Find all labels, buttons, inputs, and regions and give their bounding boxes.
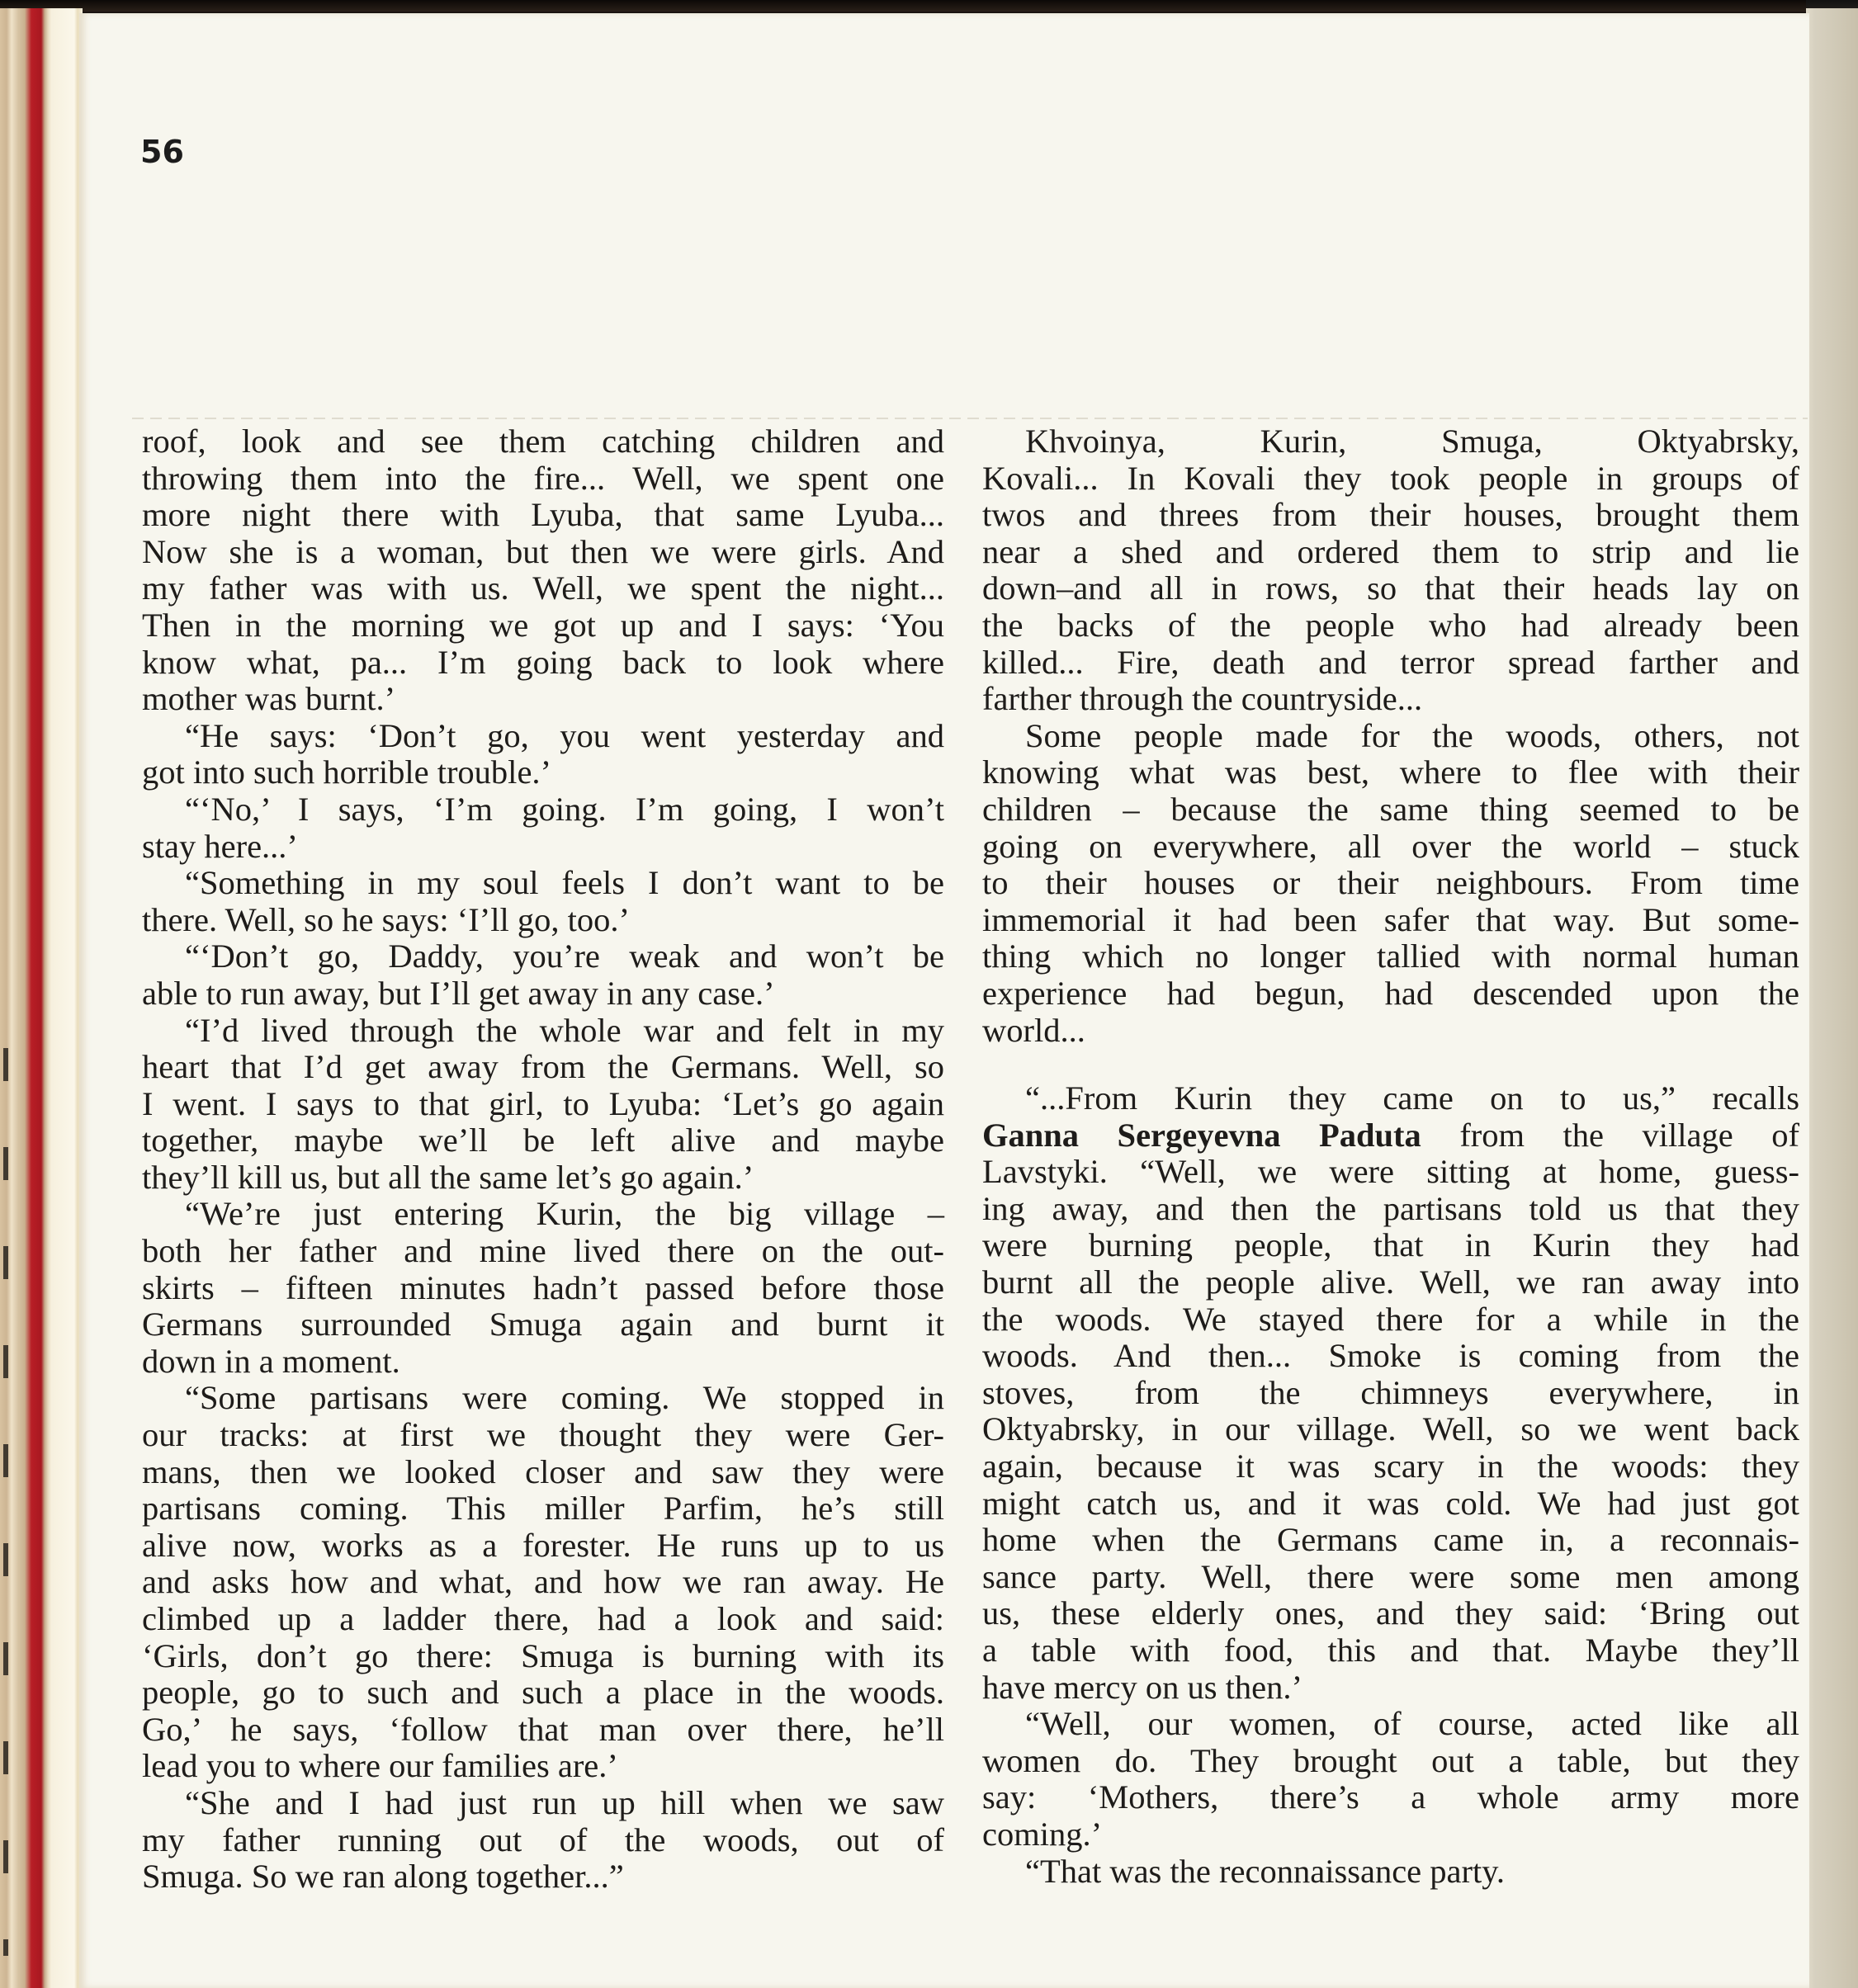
line-text: there. Well, so he says: ‘I’ll go, too.’ <box>142 901 630 938</box>
text-line: going on everywhere, all over the world … <box>982 829 1799 866</box>
text-line: “‘Don’t go, Daddy, you’re weak and won’t… <box>142 938 944 975</box>
line-text: from the village of <box>1421 1117 1799 1154</box>
line-text: the woods. We stayed there for a while i… <box>982 1301 1799 1338</box>
text-line: say: ‘Mothers, there’s a whole army more <box>982 1779 1799 1816</box>
line-text: burnt all the people alive. Well, we ran… <box>982 1263 1799 1301</box>
line-text: down in a moment. <box>142 1343 400 1380</box>
line-text: “Some partisans were coming. We stopped … <box>185 1379 944 1416</box>
text-line: the backs of the people who had already … <box>982 607 1799 645</box>
line-text: killed... Fire, death and terror spread … <box>982 644 1799 681</box>
text-line: roof, look and see them catching childre… <box>142 423 944 460</box>
speaker-name: Ganna Sergeyevna Paduta <box>982 1117 1421 1154</box>
text-line: immemorial it had been safer that way. B… <box>982 902 1799 939</box>
text-line: experience had begun, had descended upon… <box>982 975 1799 1013</box>
line-text: farther through the countryside... <box>982 680 1422 717</box>
line-text: my father was with us. Well, we spent th… <box>142 569 944 607</box>
line-text: they’ll kill us, but all the same let’s … <box>142 1159 754 1196</box>
line-text: stoves, from the chimneys everywhere, in <box>982 1374 1799 1411</box>
line-text: heart that I’d get away from the Germans… <box>142 1048 944 1085</box>
text-line: ing away, and then the partisans told us… <box>982 1191 1799 1228</box>
line-text: might catch us, and it was cold. We had … <box>982 1485 1799 1522</box>
text-line: Go,’ he says, ‘follow that man over ther… <box>142 1712 944 1749</box>
line-text: have mercy on us then.’ <box>982 1669 1302 1706</box>
line-text: coming.’ <box>982 1816 1102 1853</box>
text-line: to their houses or their neighbours. Fro… <box>982 865 1799 902</box>
line-text: Lavstyki. “Well, we were sitting at home… <box>982 1153 1799 1190</box>
line-text: people, go to such and such a place in t… <box>142 1674 944 1711</box>
text-line: women do. They brought out a table, but … <box>982 1743 1799 1780</box>
text-line: skirts – fifteen minutes hadn’t passed b… <box>142 1270 944 1307</box>
line-text: skirts – fifteen minutes hadn’t passed b… <box>142 1269 944 1306</box>
line-text: us, these elderly ones, and they said: ‘… <box>982 1594 1799 1631</box>
line-text: and asks how and what, and how we ran aw… <box>142 1563 944 1600</box>
line-text: throwing them into the fire... Well, we … <box>142 460 944 497</box>
line-text: women do. They brought out a table, but … <box>982 1742 1799 1779</box>
text-line: down in a moment. <box>142 1343 944 1381</box>
line-text: alive now, works as a forester. He runs … <box>142 1527 944 1564</box>
text-line: my father running out of the woods, out … <box>142 1822 944 1859</box>
text-line: Ganna Sergeyevna Paduta from the village… <box>982 1117 1799 1155</box>
line-text: “Well, our women, of course, acted like … <box>1025 1705 1799 1742</box>
text-line: a table with food, this and that. Maybe … <box>982 1632 1799 1669</box>
text-line: Khvoinya, Kurin, Smuga, Oktyabrsky, <box>982 423 1799 460</box>
line-text: “We’re just entering Kurin, the big vill… <box>185 1195 944 1232</box>
text-line: able to run away, but I’ll get away in a… <box>142 975 944 1013</box>
facing-page-edge <box>1806 8 1858 1988</box>
line-text: “...From Kurin they came on to us,” reca… <box>1025 1079 1799 1117</box>
text-line: mother was burnt.’ <box>142 681 944 718</box>
text-line: “We’re just entering Kurin, the big vill… <box>142 1196 944 1233</box>
line-text: mother was burnt.’ <box>142 680 395 717</box>
text-line: “...From Kurin they came on to us,” reca… <box>982 1080 1799 1117</box>
text-line: Germans surrounded Smuga again and burnt… <box>142 1306 944 1343</box>
line-text: Smuga. So we ran along together...” <box>142 1858 624 1895</box>
text-line: people, go to such and such a place in t… <box>142 1674 944 1712</box>
text-line: and asks how and what, and how we ran aw… <box>142 1564 944 1601</box>
line-text: together, maybe we’ll be left alive and … <box>142 1121 944 1159</box>
line-text: our tracks: at first we thought they wer… <box>142 1416 944 1453</box>
text-line: mans, then we looked closer and saw they… <box>142 1454 944 1491</box>
line-text: Go,’ he says, ‘follow that man over ther… <box>142 1711 944 1748</box>
text-line: world... <box>982 1013 1799 1050</box>
line-text: “‘No,’ I says, ‘I’m going. I’m going, I … <box>185 791 944 828</box>
text-line: killed... Fire, death and terror spread … <box>982 645 1799 682</box>
line-text: children – because the same thing seemed… <box>982 791 1799 828</box>
line-text: home when the Germans came in, a reconna… <box>982 1521 1799 1558</box>
line-text: roof, look and see them catching childre… <box>142 423 944 460</box>
left-column: roof, look and see them catching childre… <box>142 423 944 1896</box>
line-text: the backs of the people who had already … <box>982 607 1799 644</box>
text-line: there. Well, so he says: ‘I’ll go, too.’ <box>142 902 944 939</box>
text-line: lead you to where our families are.’ <box>142 1748 944 1785</box>
line-text: more night there with Lyuba, that same L… <box>142 496 944 533</box>
line-text: “‘Don’t go, Daddy, you’re weak and won’t… <box>185 937 944 975</box>
text-line: alive now, works as a forester. He runs … <box>142 1528 944 1565</box>
text-line: twos and threes from their houses, broug… <box>982 497 1799 534</box>
text-line: more night there with Lyuba, that same L… <box>142 497 944 534</box>
text-line: burnt all the people alive. Well, we ran… <box>982 1264 1799 1301</box>
text-line: Oktyabrsky, in our village. Well, so we … <box>982 1411 1799 1448</box>
text-line: “Well, our women, of course, acted like … <box>982 1706 1799 1743</box>
text-line: Smuga. So we ran along together...” <box>142 1858 944 1896</box>
line-text: Some people made for the woods, others, … <box>1025 717 1799 754</box>
text-line: farther through the countryside... <box>982 681 1799 718</box>
line-text: Khvoinya, Kurin, Smuga, Oktyabrsky, <box>1025 423 1799 460</box>
text-line: my father was with us. Well, we spent th… <box>142 570 944 607</box>
line-text: lead you to where our families are.’ <box>142 1747 618 1784</box>
text-line: “‘No,’ I says, ‘I’m going. I’m going, I … <box>142 791 944 829</box>
text-line: thing which no longer tallied with norma… <box>982 938 1799 975</box>
line-text: near a shed and ordered them to strip an… <box>982 533 1799 570</box>
line-text: “He says: ‘Don’t go, you went yesterday … <box>185 717 944 754</box>
right-column: Khvoinya, Kurin, Smuga, Oktyabrsky,Koval… <box>982 423 1799 1890</box>
line-text: sance party. Well, there were some men a… <box>982 1558 1799 1595</box>
text-line: were burning people, that in Kurin they … <box>982 1227 1799 1264</box>
text-line: together, maybe we’ll be left alive and … <box>142 1122 944 1159</box>
line-text: my father running out of the woods, out … <box>142 1821 944 1858</box>
text-line: might catch us, and it was cold. We had … <box>982 1485 1799 1523</box>
line-text: “That was the reconnaissance party. <box>1025 1853 1505 1890</box>
text-line: climbed up a ladder there, had a look an… <box>142 1601 944 1638</box>
top-rule <box>132 418 1808 419</box>
text-line: “That was the reconnaissance party. <box>982 1853 1799 1891</box>
scan-top-shadow <box>0 0 1858 12</box>
line-text: world... <box>982 1012 1085 1049</box>
text-line: sance party. Well, there were some men a… <box>982 1559 1799 1596</box>
line-text: experience had begun, had descended upon… <box>982 975 1799 1012</box>
text-line: know what, pa... I’m going back to look … <box>142 645 944 682</box>
line-text: Then in the morning we got up and I says… <box>142 607 944 644</box>
text-line: children – because the same thing seemed… <box>982 791 1799 829</box>
line-text: ‘Girls, don’t go there: Smuga is burning… <box>142 1637 944 1674</box>
line-text: were burning people, that in Kurin they … <box>982 1226 1799 1263</box>
line-text: know what, pa... I’m going back to look … <box>142 644 944 681</box>
line-text: “Something in my soul feels I don’t want… <box>185 864 944 901</box>
text-line: the woods. We stayed there for a while i… <box>982 1301 1799 1339</box>
line-text: again, because it was scary in the woods… <box>982 1447 1799 1485</box>
line-text: got into such horrible trouble.’ <box>142 753 551 791</box>
text-line: they’ll kill us, but all the same let’s … <box>142 1159 944 1197</box>
text-line: home when the Germans came in, a reconna… <box>982 1522 1799 1559</box>
line-text: a table with food, this and that. Maybe … <box>982 1631 1799 1669</box>
line-text: mans, then we looked closer and saw they… <box>142 1453 944 1490</box>
line-text: stay here...’ <box>142 828 298 865</box>
text-line: stoves, from the chimneys everywhere, in <box>982 1375 1799 1412</box>
page-number: 56 <box>140 134 184 170</box>
text-line: “She and I had just run up hill when we … <box>142 1785 944 1822</box>
text-line: down–and all in rows, so that their head… <box>982 570 1799 607</box>
text-line: us, these elderly ones, and they said: ‘… <box>982 1595 1799 1632</box>
line-text: woods. And then... Smoke is coming from … <box>982 1337 1799 1374</box>
line-text: to their houses or their neighbours. Fro… <box>982 864 1799 901</box>
spine-marks <box>3 1048 8 1956</box>
line-text: going on everywhere, all over the world … <box>982 828 1799 865</box>
book-spine-edge <box>0 8 83 1988</box>
text-line: Now she is a woman, but then we were gir… <box>142 534 944 571</box>
text-line: got into such horrible trouble.’ <box>142 754 944 791</box>
text-line: stay here...’ <box>142 829 944 866</box>
line-text: Oktyabrsky, in our village. Well, so we … <box>982 1410 1799 1447</box>
line-text: Germans surrounded Smuga again and burnt… <box>142 1306 944 1343</box>
text-line: again, because it was scary in the woods… <box>982 1448 1799 1485</box>
line-text: climbed up a ladder there, had a look an… <box>142 1600 944 1637</box>
line-text: immemorial it had been safer that way. B… <box>982 901 1799 938</box>
text-line: partisans coming. This miller Parfim, he… <box>142 1490 944 1528</box>
line-text: ing away, and then the partisans told us… <box>982 1190 1799 1227</box>
text-line: knowing what was best, where to flee wit… <box>982 754 1799 791</box>
text-line: ‘Girls, don’t go there: Smuga is burning… <box>142 1638 944 1675</box>
line-text: Kovali... In Kovali they took people in … <box>982 460 1799 497</box>
line-text: “I’d lived through the whole war and fel… <box>185 1012 944 1049</box>
text-line: “Some partisans were coming. We stopped … <box>142 1380 944 1417</box>
text-line: “I’d lived through the whole war and fel… <box>142 1013 944 1050</box>
text-line: have mercy on us then.’ <box>982 1669 1799 1707</box>
text-line: near a shed and ordered them to strip an… <box>982 534 1799 571</box>
text-line: both her father and mine lived there on … <box>142 1233 944 1270</box>
line-text: thing which no longer tallied with norma… <box>982 937 1799 975</box>
line-text: partisans coming. This miller Parfim, he… <box>142 1490 944 1527</box>
text-line: Lavstyki. “Well, we were sitting at home… <box>982 1154 1799 1191</box>
line-text: I went. I says to that girl, to Lyuba: ‘… <box>142 1085 944 1122</box>
line-text: knowing what was best, where to flee wit… <box>982 753 1799 791</box>
text-line: Then in the morning we got up and I says… <box>142 607 944 645</box>
text-line: heart that I’d get away from the Germans… <box>142 1049 944 1086</box>
text-line: I went. I says to that girl, to Lyuba: ‘… <box>142 1086 944 1123</box>
text-line: “He says: ‘Don’t go, you went yesterday … <box>142 718 944 755</box>
text-line: Kovali... In Kovali they took people in … <box>982 460 1799 498</box>
text-line: coming.’ <box>982 1816 1799 1853</box>
line-text: twos and threes from their houses, broug… <box>982 496 1799 533</box>
text-line: “Something in my soul feels I don’t want… <box>142 865 944 902</box>
text-line: our tracks: at first we thought they wer… <box>142 1417 944 1454</box>
line-text: Now she is a woman, but then we were gir… <box>142 533 944 570</box>
line-text: both her father and mine lived there on … <box>142 1232 944 1269</box>
text-line: woods. And then... Smoke is coming from … <box>982 1338 1799 1375</box>
line-text: able to run away, but I’ll get away in a… <box>142 975 775 1012</box>
line-text: “She and I had just run up hill when we … <box>185 1784 944 1821</box>
text-line: Some people made for the woods, others, … <box>982 718 1799 755</box>
line-text: say: ‘Mothers, there’s a whole army more <box>982 1778 1799 1816</box>
text-line: throwing them into the fire... Well, we … <box>142 460 944 498</box>
line-text: down–and all in rows, so that their head… <box>982 569 1799 607</box>
